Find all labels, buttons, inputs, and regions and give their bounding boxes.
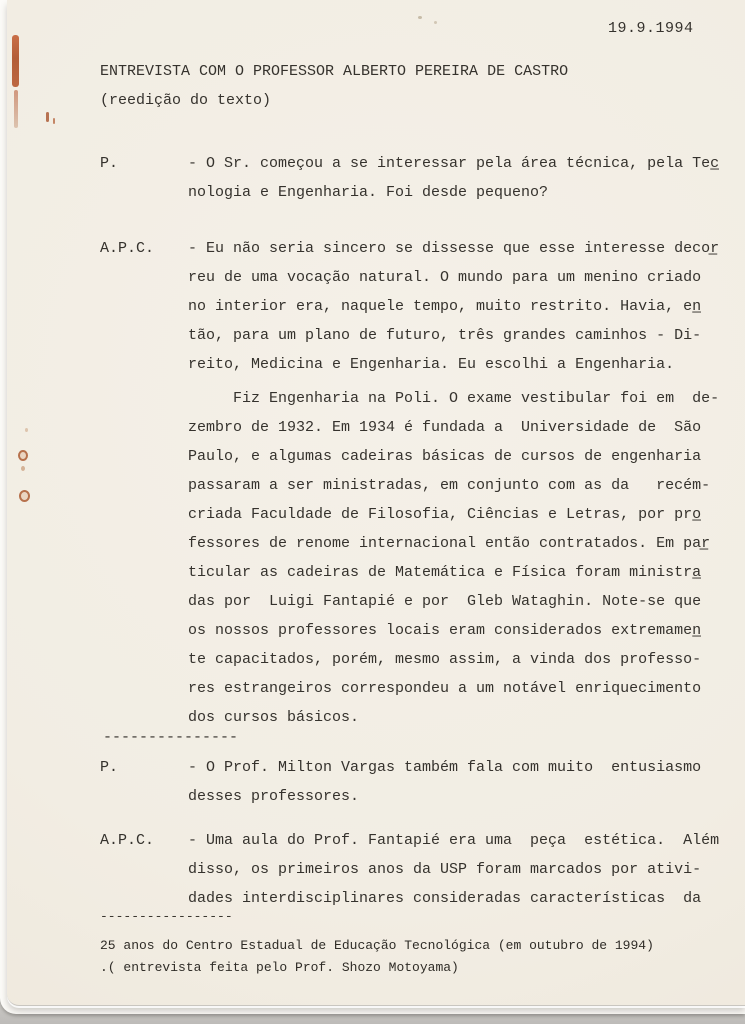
footnote-separator: -----------------	[100, 906, 233, 927]
document-subtitle: (reedição do texto)	[100, 86, 568, 115]
qa-entry-question-1: P. - O Sr. começou a se interessar pela …	[7, 149, 745, 207]
speaker-label: P.	[100, 149, 118, 178]
footnote-text: 25 anos do Centro Estadual de Educação T…	[100, 935, 654, 978]
qa-entry-answer-1: A.P.C. - Eu não seria sincero se dissess…	[7, 234, 745, 732]
speaker-label: A.P.C.	[100, 826, 154, 855]
paper-speck	[434, 21, 437, 24]
rust-stain-tail	[14, 90, 18, 128]
document-title: ENTREVISTA COM O PROFESSOR ALBERTO PEREI…	[100, 57, 568, 86]
answer-text-paragraph-1: - Eu não seria sincero se dissesse que e…	[188, 234, 745, 379]
answer-text-paragraph-2: Fiz Engenharia na Poli. O exame vestibul…	[188, 384, 745, 732]
question-text: - O Sr. começou a se interessar pela áre…	[188, 149, 745, 207]
paper-sheet: 19.9.1994 ENTREVISTA COM O PROFESSOR ALB…	[7, 0, 745, 1006]
rust-mark	[53, 118, 55, 124]
document-header: ENTREVISTA COM O PROFESSOR ALBERTO PEREI…	[100, 57, 568, 115]
rust-stain-streak	[12, 35, 19, 87]
answer-text: - Uma aula do Prof. Fantapié era uma peç…	[188, 826, 745, 913]
footnote-reference-dashes: ---------------	[103, 723, 238, 752]
qa-entry-question-2: P. - O Prof. Milton Vargas também fala c…	[7, 753, 745, 811]
scanned-page: 19.9.1994 ENTREVISTA COM O PROFESSOR ALB…	[0, 0, 745, 1024]
rust-mark	[46, 112, 49, 122]
paper-speck	[418, 16, 422, 19]
document-date: 19.9.1994	[608, 14, 694, 43]
qa-entry-answer-2: A.P.C. - Uma aula do Prof. Fantapié era …	[7, 826, 745, 913]
speaker-label: A.P.C.	[100, 234, 154, 263]
question-text: - O Prof. Milton Vargas também fala com …	[188, 753, 745, 811]
speaker-label: P.	[100, 753, 118, 782]
